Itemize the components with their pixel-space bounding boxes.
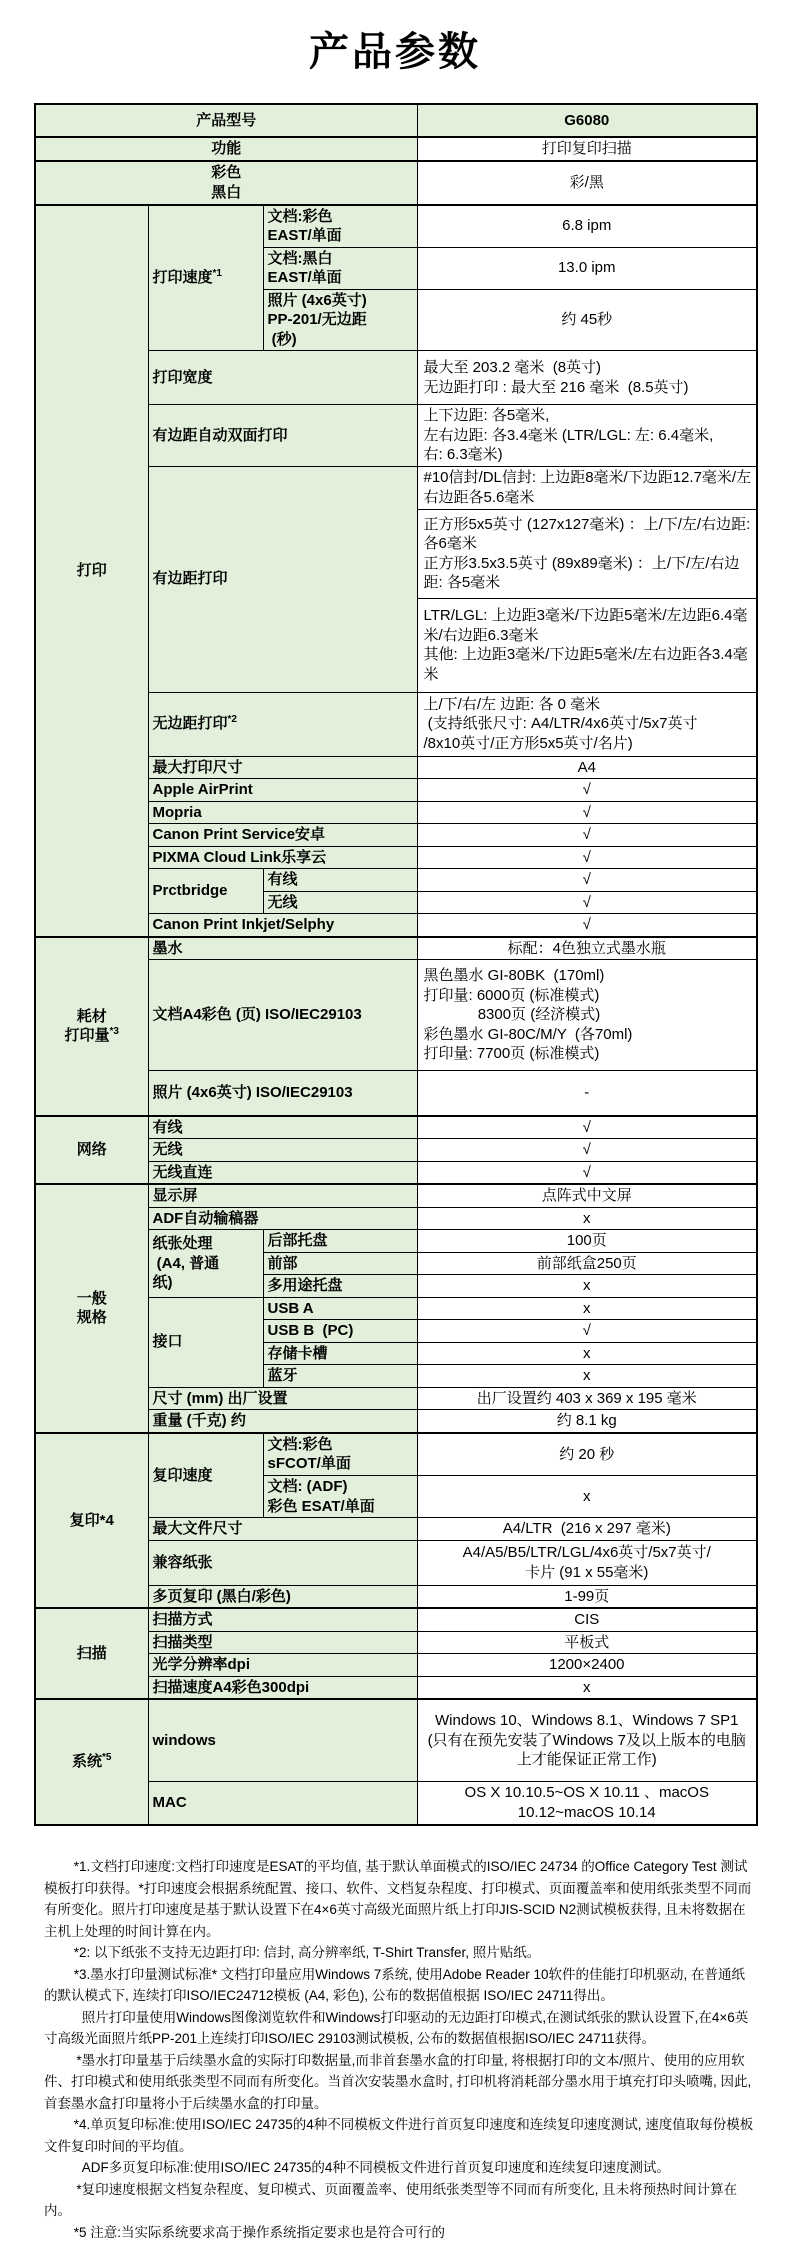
footnote-marker: *2 <box>228 714 237 725</box>
spec-label-cell: 重量 (千克) 约 <box>148 1410 417 1433</box>
cell-text: √ <box>583 1322 591 1339</box>
spec-label-cell: 照片 (4x6英寸) PP-201/无边距 (秒) <box>263 289 417 351</box>
bordered-print-label: 有边距打印 <box>148 466 417 692</box>
spec-label-cell: 蓝牙 <box>263 1365 417 1388</box>
cell-text: 打印复印扫描 <box>542 140 632 157</box>
cell-text: 蓝牙 <box>268 1367 298 1384</box>
spec-value-cell: LTR/LGL: 上边距3毫米/下边距5毫米/左边距6.4毫米/右边距6.3毫米… <box>417 598 757 692</box>
table-row: 一般 规格显示屏点阵式中文屏 <box>35 1184 757 1207</box>
spec-label-cell: 光学分辨率dpi <box>148 1654 417 1677</box>
color-mono-value: 彩/黑 <box>417 161 757 205</box>
cell-text: 墨水 <box>153 940 183 957</box>
cell-text: 显示屏 <box>153 1187 198 1204</box>
spec-value-cell: 标配：4色独立式墨水瓶 <box>417 937 757 960</box>
spec-value-cell: √ <box>417 1116 757 1139</box>
spec-label-cell: 最大文件尺寸 <box>148 1518 417 1541</box>
section-print: 打印 <box>35 205 148 937</box>
spec-value-cell: 正方形5x5英寸 (127x127毫米) ：上/下/左/右边距: 各6毫米 正方… <box>417 509 757 598</box>
spec-value-cell: x <box>417 1365 757 1388</box>
spec-value-cell: 1-99页 <box>417 1585 757 1608</box>
spec-label-cell: Apple AirPrint <box>148 779 417 802</box>
spec-label-cell: 墨水 <box>148 937 417 960</box>
cell-text: 平板式 <box>564 1634 609 1651</box>
cell-text: Apple AirPrint <box>153 781 253 798</box>
table-row: 网络有线√ <box>35 1116 757 1139</box>
cell-text: √ <box>583 894 591 911</box>
cell-text: 前部纸盒250页 <box>537 1255 637 1272</box>
cell-text: 复印速度 <box>153 1467 213 1484</box>
table-row: 打印打印速度*1文档:彩色 EAST/单面6.8 ipm <box>35 205 757 248</box>
spec-value-cell: 约 20 秒 <box>417 1433 757 1476</box>
spec-value-cell: 100页 <box>417 1230 757 1253</box>
cell-text: 1200×2400 <box>549 1656 625 1673</box>
cell-text: Mopria <box>153 804 202 821</box>
cell-text: x <box>583 1300 591 1317</box>
spec-value-cell: 平板式 <box>417 1631 757 1654</box>
cell-text: 有线 <box>268 871 298 888</box>
spec-label-cell: 文档:彩色 sFCOT/单面 <box>263 1433 417 1476</box>
cell-text: 文档A4彩色 (页) ISO/IEC29103 <box>153 1006 362 1023</box>
cell-text: - <box>584 1084 589 1101</box>
footnote-marker: *1 <box>213 268 222 279</box>
spec-value-cell: 前部纸盒250页 <box>417 1252 757 1275</box>
cell-text: 一般 规格 <box>77 1290 107 1327</box>
cell-text: 黑色墨水 GI-80BK (170ml) 打印量: 6000页 (标准模式) 8… <box>424 967 633 1062</box>
cell-text: A4 <box>578 759 596 776</box>
cell-text: 多页复印 (黑白/彩色) <box>153 1588 291 1605</box>
spec-value-cell: 出厂设置约 403 x 369 x 195 毫米 <box>417 1387 757 1410</box>
spec-value-cell: x <box>417 1207 757 1230</box>
spec-label-cell: 有线 <box>263 869 417 892</box>
cell-text: x <box>583 1210 591 1227</box>
footnote-marker: *3 <box>110 1026 119 1037</box>
color-mono-label: 彩色 黑白 <box>35 161 417 205</box>
cell-text: 有边距打印 <box>153 570 228 587</box>
section-scan: 扫描 <box>35 1608 148 1699</box>
cell-text: 接口 <box>153 1333 183 1350</box>
footnote-9: *5 注意:当实际系统要求高于操作系统指定要求也是符合可行的 <box>44 2222 756 2244</box>
spec-value-cell: 13.0 ipm <box>417 247 757 289</box>
spec-label-cell: 兼容纸张 <box>148 1540 417 1585</box>
page: { "page": { "title": "产品参数" }, "colors":… <box>0 20 790 2267</box>
cell-text: x <box>583 1367 591 1384</box>
spec-value-cell: √ <box>417 824 757 847</box>
spec-value-cell: x <box>417 1297 757 1320</box>
spec-value-cell: 约 8.1 kg <box>417 1410 757 1433</box>
cell-text: MAC <box>153 1794 187 1811</box>
spec-value-cell: A4/A5/B5/LTR/LGL/4x6英寸/5x7英寸/ 卡片 (91 x 5… <box>417 1540 757 1585</box>
cell-text: 功能 <box>211 140 241 157</box>
spec-label-cell: 文档:黑白 EAST/单面 <box>263 247 417 289</box>
cell-text: #10信封/DL信封: 上边距8毫米/下边距12.7毫米/左右边距各5.6毫米 <box>424 469 752 506</box>
function-label: 功能 <box>35 137 417 161</box>
spec-label-cell: 最大打印尺寸 <box>148 756 417 779</box>
spec-label-cell: 有边距自动双面打印 <box>148 405 417 467</box>
cell-text: 文档:黑白 EAST/单面 <box>268 250 342 287</box>
spec-label-cell: 扫描速度A4彩色300dpi <box>148 1676 417 1699</box>
section-network: 网络 <box>35 1116 148 1185</box>
cell-text: √ <box>583 826 591 843</box>
cell-text: 扫描方式 <box>153 1611 213 1628</box>
cell-text: 打印宽度 <box>153 369 213 386</box>
spec-value-cell: x <box>417 1676 757 1699</box>
spec-value-cell: OS X 10.10.5~OS X 10.11 、macOS 10.12~mac… <box>417 1781 757 1825</box>
cell-text: 标配：4色独立式墨水瓶 <box>508 940 666 957</box>
spec-value-cell: √ <box>417 846 757 869</box>
spec-label-cell: PIXMA Cloud Link乐享云 <box>148 846 417 869</box>
spec-value-cell: CIS <box>417 1608 757 1631</box>
spec-label-cell: 多页复印 (黑白/彩色) <box>148 1585 417 1608</box>
cell-text: USB B (PC) <box>268 1322 354 1339</box>
cell-text: A4/LTR (216 x 297 毫米) <box>503 1520 671 1537</box>
cell-text: 正方形5x5英寸 (127x127毫米) ：上/下/左/右边距: 各6毫米 正方… <box>424 516 755 592</box>
spec-label-cell: 无线 <box>148 1139 417 1162</box>
spec-label-cell: 文档A4彩色 (页) ISO/IEC29103 <box>148 960 417 1071</box>
print-speed-label: 打印速度*1 <box>148 205 263 351</box>
table-row: 复印*4复印速度文档:彩色 sFCOT/单面约 20 秒 <box>35 1433 757 1476</box>
cell-text: 最大文件尺寸 <box>153 1520 243 1537</box>
spec-label-cell: 显示屏 <box>148 1184 417 1207</box>
spec-value-cell: √ <box>417 779 757 802</box>
spec-label-cell: 后部托盘 <box>263 1230 417 1253</box>
spec-table: 产品型号G6080功能打印复印扫描彩色 黑白彩/黑打印打印速度*1文档:彩色 E… <box>34 103 758 1826</box>
cell-text: √ <box>583 916 591 933</box>
spec-label-cell: ADF自动输稿器 <box>148 1207 417 1230</box>
pictbridge-label: Prctbridge <box>148 869 263 914</box>
cell-text: 扫描 <box>77 1645 107 1662</box>
footnote-1: *1.文档打印速度:文档打印速度是ESAT的平均值, 基于默认单面模式的ISO/… <box>44 1856 756 1942</box>
cell-text: 多用途托盘 <box>268 1277 343 1294</box>
cell-text: 尺寸 (mm) 出厂设置 <box>153 1390 288 1407</box>
spec-value-cell: 约 45秒 <box>417 289 757 351</box>
spec-value-cell: 黑色墨水 GI-80BK (170ml) 打印量: 6000页 (标准模式) 8… <box>417 960 757 1071</box>
cell-text: Prctbridge <box>153 882 228 899</box>
spec-label-cell: 扫描方式 <box>148 1608 417 1631</box>
spec-value-cell: 上/下/右/左 边距: 各 0 毫米 (支持纸张尺寸: A4/LTR/4x6英寸… <box>417 692 757 756</box>
cell-text: √ <box>583 804 591 821</box>
cell-text: Canon Print Inkjet/Selphy <box>153 916 335 933</box>
cell-text: A4/A5/B5/LTR/LGL/4x6英寸/5x7英寸/ 卡片 (91 x 5… <box>463 1544 711 1581</box>
spec-value-cell: √ <box>417 891 757 914</box>
spec-value-cell: A4 <box>417 756 757 779</box>
cell-text: 无线 <box>153 1141 183 1158</box>
product-model-label: 产品型号 <box>35 104 417 137</box>
spec-label-cell: 尺寸 (mm) 出厂设置 <box>148 1387 417 1410</box>
cell-text: 文档:彩色 sFCOT/单面 <box>268 1436 351 1473</box>
cell-text: 无边距打印 <box>153 715 228 732</box>
spec-value-cell: 6.8 ipm <box>417 205 757 248</box>
cell-text: x <box>583 1488 591 1505</box>
spec-value-cell: 1200×2400 <box>417 1654 757 1677</box>
spec-label-cell: 照片 (4x6英寸) ISO/IEC29103 <box>148 1071 417 1116</box>
cell-text: 100页 <box>567 1232 607 1249</box>
cell-text: 1-99页 <box>564 1588 609 1605</box>
cell-text: 纸张处理 (A4, 普通 纸) <box>153 1235 220 1291</box>
cell-text: ADF自动输稿器 <box>153 1210 259 1227</box>
cell-text: 扫描类型 <box>153 1634 213 1651</box>
cell-text: USB A <box>268 1300 314 1317</box>
spec-value-cell: 点阵式中文屏 <box>417 1184 757 1207</box>
spec-value-cell: #10信封/DL信封: 上边距8毫米/下边距12.7毫米/左右边距各5.6毫米 <box>417 466 757 509</box>
spec-label-cell: 扫描类型 <box>148 1631 417 1654</box>
cell-text: 最大至 203.2 毫米 (8英寸) 无边距打印 : 最大至 216 毫米 (8… <box>424 359 689 396</box>
spec-value-cell: - <box>417 1071 757 1116</box>
cell-text: 前部 <box>268 1255 298 1272</box>
footnote-4: 照片打印量使用Windows图像浏览软件和Windows打印驱动的无边距打印模式… <box>44 2007 756 2050</box>
cell-text: 彩色 黑白 <box>211 164 241 201</box>
spec-value-cell: Windows 10、Windows 8.1、Windows 7 SP1 (只有… <box>417 1699 757 1781</box>
cell-text: 有线 <box>153 1119 183 1136</box>
cell-text: 点阵式中文屏 <box>542 1187 632 1204</box>
spec-label-cell: USB A <box>263 1297 417 1320</box>
page-title: 产品参数 <box>0 20 790 77</box>
table-row: 彩色 黑白彩/黑 <box>35 161 757 205</box>
cell-text: 约 20 秒 <box>559 1446 614 1463</box>
cell-text: √ <box>583 871 591 888</box>
interface-label: 接口 <box>148 1297 263 1387</box>
footnote-2: *2: 以下纸张不支持无边距打印: 信封, 高分辨率纸, T-Shirt Tra… <box>44 1942 756 1964</box>
cell-text: 有边距自动双面打印 <box>153 427 288 444</box>
table-row: 耗材 打印量*3墨水标配：4色独立式墨水瓶 <box>35 937 757 960</box>
cell-text: 系统 <box>72 1753 102 1770</box>
footnote-5: *墨水打印量基于后续墨水盒的实际打印数据量,而非首套墨水盒的打印量, 将根据打印… <box>44 2050 756 2115</box>
cell-text: OS X 10.10.5~OS X 10.11 、macOS 10.12~mac… <box>465 1784 714 1821</box>
borderless-print-label: 无边距打印*2 <box>148 692 417 756</box>
spec-value-cell: √ <box>417 801 757 824</box>
cell-text: 13.0 ipm <box>558 259 616 276</box>
cell-text: √ <box>583 1141 591 1158</box>
cell-text: 打印速度 <box>153 269 213 286</box>
paper-handling-label: 纸张处理 (A4, 普通 纸) <box>148 1230 263 1298</box>
spec-label-cell: 存储卡槽 <box>263 1342 417 1365</box>
cell-text: 兼容纸张 <box>153 1554 213 1571</box>
spec-label-cell: 打印宽度 <box>148 351 417 405</box>
cell-text: Canon Print Service安卓 <box>153 826 326 843</box>
spec-value-cell: √ <box>417 1161 757 1184</box>
cell-text: 文档: (ADF) 彩色 ESAT/单面 <box>268 1478 375 1515</box>
product-model-value: G6080 <box>417 104 757 137</box>
spec-value-cell: √ <box>417 1139 757 1162</box>
spec-label-cell: 有线 <box>148 1116 417 1139</box>
spec-label-cell: windows <box>148 1699 417 1781</box>
cell-text: √ <box>583 1164 591 1181</box>
cell-text: x <box>583 1679 591 1696</box>
spec-label-cell: USB B (PC) <box>263 1320 417 1343</box>
cell-text: G6080 <box>564 112 609 129</box>
cell-text: 出厂设置约 403 x 369 x 195 毫米 <box>477 1390 697 1407</box>
spec-label-cell: 多用途托盘 <box>263 1275 417 1298</box>
cell-text: x <box>583 1345 591 1362</box>
spec-value-cell: √ <box>417 1320 757 1343</box>
spec-value-cell: 上下边距: 各5毫米, 左右边距: 各3.4毫米 (LTR/LGL: 左: 6.… <box>417 405 757 467</box>
cell-text: 照片 (4x6英寸) ISO/IEC29103 <box>153 1084 353 1101</box>
cell-text: 约 8.1 kg <box>557 1412 617 1429</box>
cell-text: 打印 <box>77 562 107 579</box>
cell-text: 6.8 ipm <box>562 217 611 234</box>
cell-text: 扫描速度A4彩色300dpi <box>153 1679 310 1696</box>
section-system: 系统*5 <box>35 1699 148 1825</box>
cell-text: x <box>583 1277 591 1294</box>
spec-label-cell: MAC <box>148 1781 417 1825</box>
cell-text: √ <box>583 849 591 866</box>
cell-text: 文档:彩色 EAST/单面 <box>268 208 342 245</box>
footnote-6: *4.单页复印标准:使用ISO/IEC 24735的4种不同模板文件进行首页复印… <box>44 2114 756 2157</box>
spec-label-cell: 无线直连 <box>148 1161 417 1184</box>
table-row: 产品型号G6080 <box>35 104 757 137</box>
cell-text: 无线直连 <box>153 1164 213 1181</box>
cell-text: 约 45秒 <box>561 311 612 328</box>
section-consumables: 耗材 打印量*3 <box>35 937 148 1116</box>
cell-text: 上下边距: 各5毫米, 左右边距: 各3.4毫米 (LTR/LGL: 左: 6.… <box>424 407 714 463</box>
spec-value-cell: x <box>417 1342 757 1365</box>
cell-text: LTR/LGL: 上边距3毫米/下边距5毫米/左边距6.4毫米/右边距6.3毫米… <box>424 607 748 683</box>
footnotes: *1.文档打印速度:文档打印速度是ESAT的平均值, 基于默认单面模式的ISO/… <box>0 1826 790 2267</box>
spec-label-cell: Canon Print Inkjet/Selphy <box>148 914 417 937</box>
cell-text: 后部托盘 <box>268 1232 328 1249</box>
cell-text: √ <box>583 1119 591 1136</box>
cell-text: 复印*4 <box>70 1512 114 1529</box>
cell-text: 网络 <box>77 1141 107 1158</box>
spec-label-cell: 文档: (ADF) 彩色 ESAT/单面 <box>263 1476 417 1518</box>
spec-label-cell: Canon Print Service安卓 <box>148 824 417 847</box>
table-row: 功能打印复印扫描 <box>35 137 757 161</box>
cell-text: 重量 (千克) 约 <box>153 1412 246 1429</box>
table-row: 扫描扫描方式CIS <box>35 1608 757 1631</box>
spec-value-cell: √ <box>417 869 757 892</box>
cell-text: 产品型号 <box>196 112 256 129</box>
table-row: 系统*5windowsWindows 10、Windows 8.1、Window… <box>35 1699 757 1781</box>
footnote-3: *3.墨水打印量测试标准* 文档打印量应用Windows 7系统, 使用Adob… <box>44 1964 756 2007</box>
cell-text: 无线 <box>268 894 298 911</box>
cell-text: 上/下/右/左 边距: 各 0 毫米 (支持纸张尺寸: A4/LTR/4x6英寸… <box>424 696 698 752</box>
cell-text: 存储卡槽 <box>268 1345 328 1362</box>
spec-label-cell: Mopria <box>148 801 417 824</box>
spec-value-cell: x <box>417 1476 757 1518</box>
spec-label-cell: 前部 <box>263 1252 417 1275</box>
spec-value-cell: x <box>417 1275 757 1298</box>
cell-text: PIXMA Cloud Link乐享云 <box>153 849 327 866</box>
cell-text: 光学分辨率dpi <box>153 1656 251 1673</box>
cell-text: 耗材 打印量 <box>65 1008 110 1045</box>
spec-table-body: 产品型号G6080功能打印复印扫描彩色 黑白彩/黑打印打印速度*1文档:彩色 E… <box>35 104 757 1825</box>
footnote-marker: *5 <box>102 1752 111 1763</box>
footnote-7: ADF多页复印标准:使用ISO/IEC 24735的4种不同模板文件进行首页复印… <box>44 2157 756 2179</box>
spec-label-cell: 无线 <box>263 891 417 914</box>
cell-text: Windows 10、Windows 8.1、Windows 7 SP1 (只有… <box>428 1712 746 1768</box>
cell-text: CIS <box>574 1611 599 1628</box>
spec-value-cell: 最大至 203.2 毫米 (8英寸) 无边距打印 : 最大至 216 毫米 (8… <box>417 351 757 405</box>
function-value: 打印复印扫描 <box>417 137 757 161</box>
spec-value-cell: √ <box>417 914 757 937</box>
spec-value-cell: A4/LTR (216 x 297 毫米) <box>417 1518 757 1541</box>
cell-text: 最大打印尺寸 <box>153 759 243 776</box>
cell-text: 照片 (4x6英寸) PP-201/无边距 (秒) <box>268 292 367 348</box>
copy-speed-label: 复印速度 <box>148 1433 263 1518</box>
section-general: 一般 规格 <box>35 1184 148 1433</box>
cell-text: windows <box>153 1732 216 1749</box>
footnote-8: *复印速度根据文档复杂程度、复印模式、页面覆盖率、使用纸张类型等不同而有所变化,… <box>44 2179 756 2222</box>
section-copy: 复印*4 <box>35 1433 148 1609</box>
cell-text: √ <box>583 781 591 798</box>
spec-label-cell: 文档:彩色 EAST/单面 <box>263 205 417 248</box>
cell-text: 彩/黑 <box>570 174 604 191</box>
